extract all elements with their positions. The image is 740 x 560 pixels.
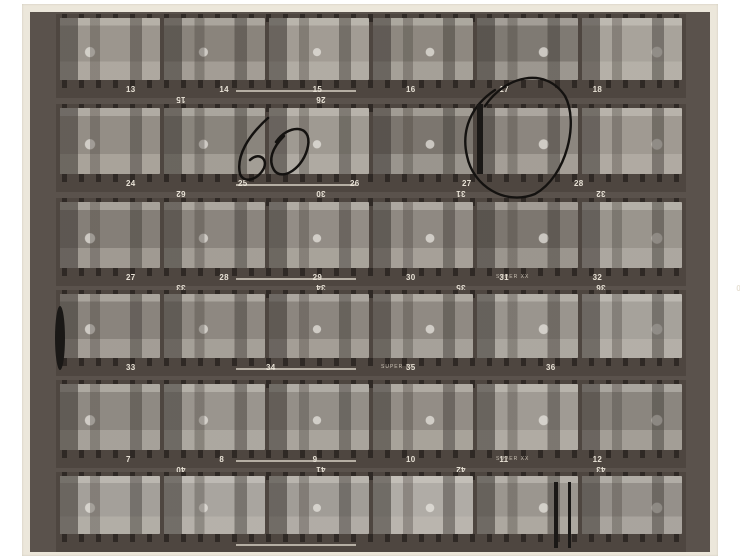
sprocket-holes (56, 534, 686, 542)
photo-frame (269, 18, 369, 80)
frame-number: 26 (350, 179, 360, 188)
photo-frame (269, 384, 369, 450)
photo-frame (60, 18, 160, 80)
film-edge-marking: SUPER XX (496, 456, 529, 462)
film-strip: 242526272862303132 (56, 104, 686, 192)
photo-frame (164, 476, 264, 534)
photo-frame (164, 384, 264, 450)
photo-frame (269, 202, 369, 268)
photo-scene (60, 18, 160, 80)
frame-number: 32 (593, 273, 603, 282)
photo-frame (164, 108, 264, 174)
flipped-frame-number: 26 (316, 95, 326, 104)
photo-scene (582, 202, 682, 268)
photo-frame (269, 108, 369, 174)
film-edge-marking: SUPER XX (496, 274, 529, 280)
frame-number: 16 (406, 85, 416, 94)
photo-scene (164, 294, 264, 358)
photo-scene (373, 384, 473, 450)
photo-scene (269, 108, 369, 174)
photo-scene (582, 294, 682, 358)
photo-frame (582, 108, 682, 174)
photo-scene (164, 476, 264, 534)
flipped-frame-number: 30 (316, 189, 326, 198)
frame-number: 8 (219, 455, 224, 464)
photo-scene (269, 294, 369, 358)
sprocket-holes (56, 80, 686, 88)
photo-scene (477, 18, 577, 80)
frame-number: 28 (574, 179, 584, 188)
frame-number: 30 (406, 273, 416, 282)
photo-scene (373, 18, 473, 80)
photo-frame (60, 108, 160, 174)
frame-number: 18 (593, 85, 603, 94)
sprocket-holes (56, 358, 686, 366)
photo-frame (269, 476, 369, 534)
frame-number: 33 (126, 363, 136, 372)
frame-number: 34 (266, 363, 276, 372)
photo-scene (477, 202, 577, 268)
photo-scene (60, 294, 160, 358)
film-strip: 78910111240414243SUPER XX (56, 380, 686, 468)
photo-scene (164, 18, 264, 80)
photo-scene (582, 476, 682, 534)
photo-frame (477, 384, 577, 450)
frame-number: 7 (126, 455, 131, 464)
photo-frame (164, 294, 264, 358)
photo-frame (373, 476, 473, 534)
photo-frame (582, 476, 682, 534)
photo-scene (477, 476, 577, 534)
photo-scene (582, 18, 682, 80)
photo-scene (269, 202, 369, 268)
film-strip: 1314151617181526 (56, 14, 686, 98)
frame-number: 14 (219, 85, 229, 94)
photo-scene (373, 294, 473, 358)
film-edge-marking: SUPER XX (381, 364, 414, 370)
frame-number: 27 (126, 273, 136, 282)
photo-frame (164, 202, 264, 268)
sprocket-holes (56, 174, 686, 182)
photo-scene (373, 202, 473, 268)
photo-frame (164, 18, 264, 80)
photo-frame (582, 384, 682, 450)
photo-frame (60, 476, 160, 534)
frame-number: 13 (126, 85, 136, 94)
photo-scene (164, 202, 264, 268)
flipped-frame-number: 30 (736, 283, 740, 292)
photo-scene (269, 18, 369, 80)
photo-frame (477, 294, 577, 358)
photo-scene (60, 108, 160, 174)
film-strip: 33343536SUPER XX (56, 290, 686, 376)
photo-scene (60, 202, 160, 268)
photo-scene (60, 476, 160, 534)
photo-scene (477, 108, 577, 174)
edge-line (236, 90, 356, 92)
photo-frame (373, 108, 473, 174)
flipped-frame-number: 62 (176, 189, 186, 198)
photo-frame (477, 476, 577, 534)
photo-frame (373, 18, 473, 80)
photo-frame (477, 202, 577, 268)
frame-number: 36 (546, 363, 556, 372)
edge-line (236, 278, 356, 280)
frame-number: 17 (499, 85, 509, 94)
photo-scene (373, 476, 473, 534)
edge-line (236, 368, 356, 370)
flipped-frame-number: 15 (176, 95, 186, 104)
photo-frame (60, 384, 160, 450)
photo-scene (269, 384, 369, 450)
photo-frame (582, 202, 682, 268)
frame-number: 24 (126, 179, 136, 188)
frame-number: 27 (462, 179, 472, 188)
flipped-frame-number: 31 (456, 189, 466, 198)
photo-frame (60, 294, 160, 358)
photo-frame (60, 202, 160, 268)
photo-scene (373, 108, 473, 174)
photo-frame (582, 294, 682, 358)
photo-scene (269, 476, 369, 534)
photo-scene (164, 384, 264, 450)
photo-frame (373, 202, 473, 268)
contact-sheet: 1314151617181526242526272862303132272829… (30, 12, 710, 552)
photo-scene (582, 384, 682, 450)
film-strip (56, 472, 686, 552)
photo-scene (60, 384, 160, 450)
edge-line (236, 544, 356, 546)
frame-number: 9 (313, 455, 318, 464)
edge-line (236, 184, 356, 186)
photo-scene (582, 108, 682, 174)
film-strip: 2728293031323334353630SUPER XX (56, 198, 686, 286)
photo-scene (477, 294, 577, 358)
photo-frame (373, 294, 473, 358)
photo-frame (477, 18, 577, 80)
frame-number: 12 (593, 455, 603, 464)
sprocket-holes (56, 268, 686, 276)
photo-scene (164, 108, 264, 174)
photo-frame (269, 294, 369, 358)
photo-scene (477, 384, 577, 450)
photo-frame (477, 108, 577, 174)
frame-number: 15 (313, 85, 323, 94)
photo-frame (373, 384, 473, 450)
frame-number: 10 (406, 455, 416, 464)
frame-number: 29 (313, 273, 323, 282)
photo-frame (582, 18, 682, 80)
frame-number: 28 (219, 273, 229, 282)
sprocket-holes (56, 450, 686, 458)
flipped-frame-number: 32 (596, 189, 606, 198)
frame-number: 25 (238, 179, 248, 188)
edge-line (236, 460, 356, 462)
